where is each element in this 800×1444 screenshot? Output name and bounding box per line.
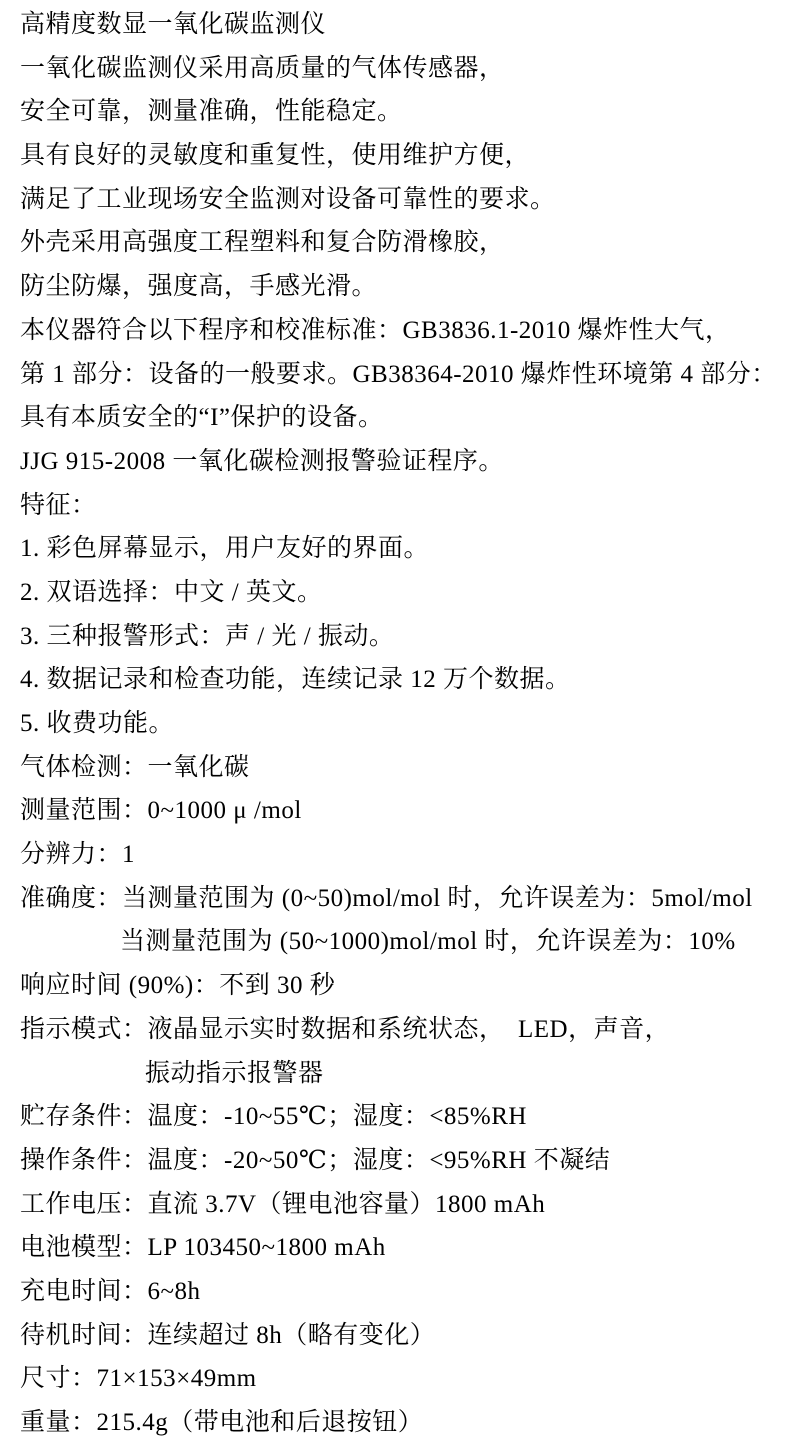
text-line: 电池模型：LP 103450~1800 mAh xyxy=(20,1226,794,1270)
text-line: 振动指示报警器 xyxy=(20,1052,794,1096)
text-line: 当测量范围为 (50~1000)mol/mol 时，允许误差为：10% xyxy=(20,920,794,964)
text-line: 待机时间：连续超过 8h（略有变化） xyxy=(20,1314,794,1358)
text-line: 本仪器符合以下程序和校准标准：GB3836.1-2010 爆炸性大气， xyxy=(20,309,794,353)
text-line: 操作条件：温度：-20~50℃；湿度：<95%RH 不凝结 xyxy=(20,1139,794,1183)
document-lines: 高精度数显一氧化碳监测仪一氧化碳监测仪采用高质量的气体传感器，安全可靠，测量准确… xyxy=(20,3,794,1444)
text-line: 准确度：当测量范围为 (0~50)mol/mol 时，允许误差为：5mol/mo… xyxy=(20,877,794,921)
text-line: 外壳采用高强度工程塑料和复合防滑橡胶， xyxy=(20,221,794,265)
text-line: 工作电压：直流 3.7V（锂电池容量）1800 mAh xyxy=(20,1183,794,1227)
text-line: 具有本质安全的“I”保护的设备。 xyxy=(20,396,794,440)
text-line: 响应时间 (90%)：不到 30 秒 xyxy=(20,964,794,1008)
text-line: 分辨力：1 xyxy=(20,833,794,877)
text-line: 4. 数据记录和检查功能，连续记录 12 万个数据。 xyxy=(20,658,794,702)
text-line: 5. 收费功能。 xyxy=(20,702,794,746)
text-line: 1. 彩色屏幕显示，用户友好的界面。 xyxy=(20,527,794,571)
text-line: 3. 三种报警形式：声 / 光 / 振动。 xyxy=(20,615,794,659)
text-line: 充电时间：6~8h xyxy=(20,1270,794,1314)
text-line: 2. 双语选择：中文 / 英文。 xyxy=(20,571,794,615)
text-line: 第 1 部分：设备的一般要求。GB38364-2010 爆炸性环境第 4 部分： xyxy=(20,353,794,397)
text-line: 指示模式：液晶显示实时数据和系统状态， LED，声音， xyxy=(20,1008,794,1052)
text-line: 贮存条件：温度：-10~55℃；湿度：<85%RH xyxy=(20,1095,794,1139)
text-line: 尺寸：71×153×49mm xyxy=(20,1357,794,1401)
product-description-document: 高精度数显一氧化碳监测仪一氧化碳监测仪采用高质量的气体传感器，安全可靠，测量准确… xyxy=(0,0,800,1444)
text-line: 特征： xyxy=(20,484,794,528)
text-line: 一氧化碳监测仪采用高质量的气体传感器， xyxy=(20,47,794,91)
text-line: 防尘防爆，强度高，手感光滑。 xyxy=(20,265,794,309)
text-line: 安全可靠，测量准确，性能稳定。 xyxy=(20,90,794,134)
text-line: 满足了工业现场安全监测对设备可靠性的要求。 xyxy=(20,178,794,222)
text-line: 重量：215.4g（带电池和后退按钮） xyxy=(20,1401,794,1444)
text-line: JJG 915-2008 一氧化碳检测报警验证程序。 xyxy=(20,440,794,484)
text-line: 具有良好的灵敏度和重复性，使用维护方便， xyxy=(20,134,794,178)
text-line: 气体检测：一氧化碳 xyxy=(20,746,794,790)
text-line: 测量范围：0~1000 μ /mol xyxy=(20,789,794,833)
document-title-line: 高精度数显一氧化碳监测仪 xyxy=(20,3,794,47)
